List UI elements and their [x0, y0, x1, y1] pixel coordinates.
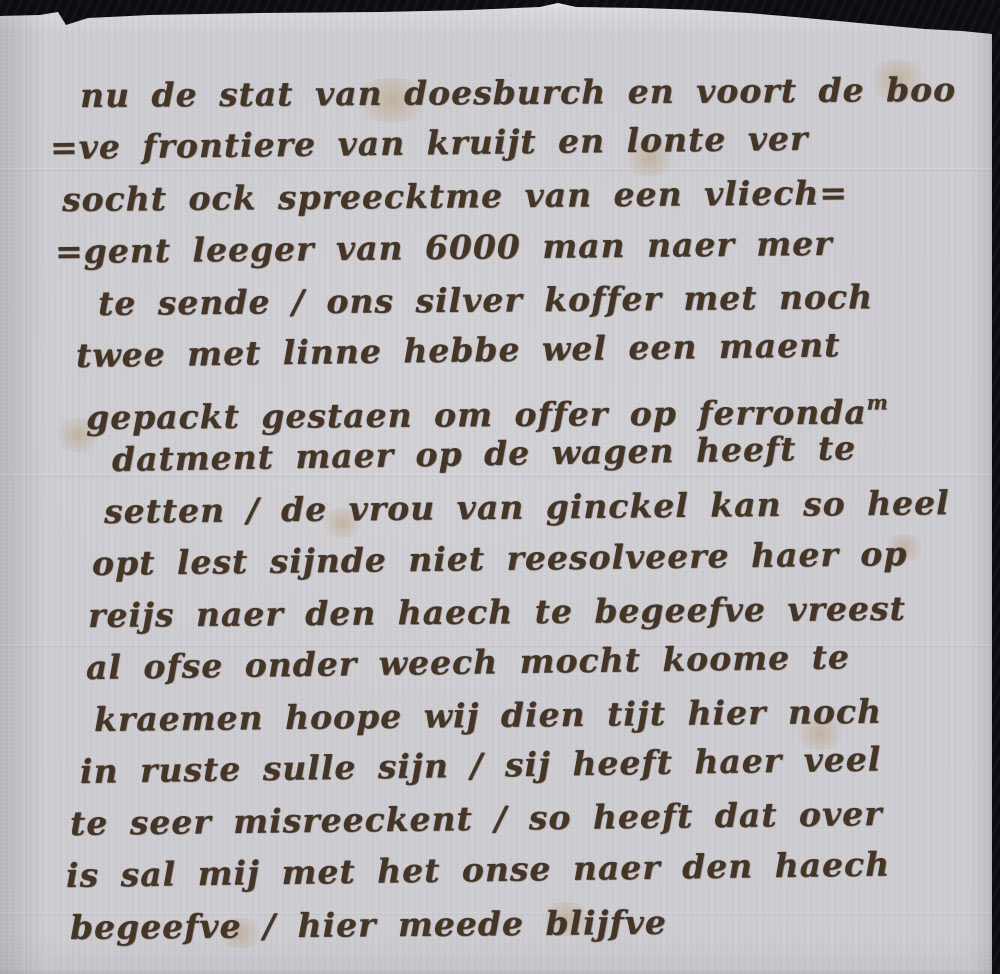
letter-page: nu de stat van doesburch en voort de boo…	[0, 0, 1000, 974]
superscript-abbreviation: m	[867, 390, 888, 414]
scan-background: nu de stat van doesburch en voort de boo…	[0, 0, 1000, 974]
letter-text: nu de stat van doesburch en voort de boo…	[0, 0, 1000, 954]
letter-line: opt lest sijnde niet reesolveere haer op	[92, 527, 1000, 590]
letter-line: =ve frontiere van kruijt en lonte ver	[50, 110, 1000, 174]
letter-line: =gent leeger van 6000 man naer mer	[55, 216, 1000, 278]
letter-line: begeefve / hier meede blijfve	[70, 894, 1000, 954]
